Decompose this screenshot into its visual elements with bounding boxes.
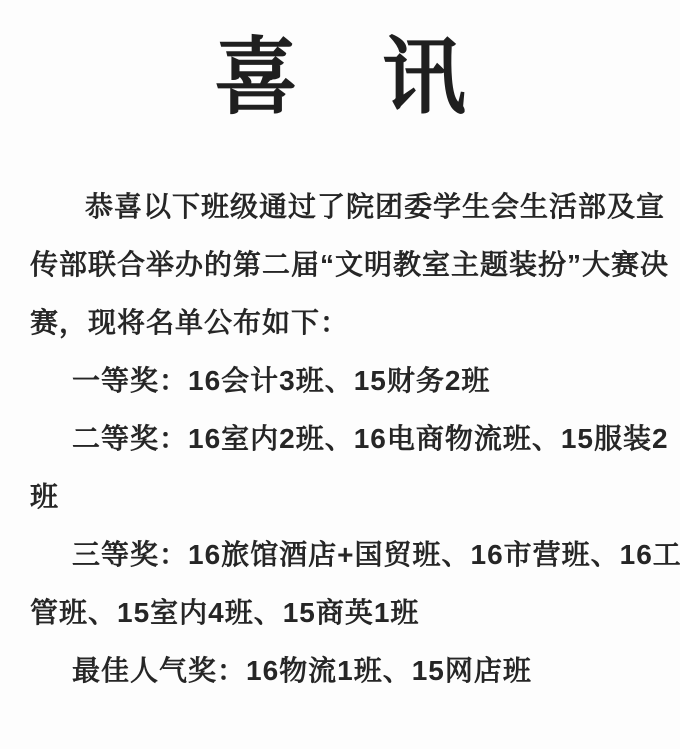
intro-line-1: 恭喜以下班级通过了院团委学生会生活部及宣 bbox=[30, 178, 660, 236]
intro-line-3: 赛，现将名单公布如下： bbox=[30, 294, 660, 352]
second-prize-line-1: 二等奖：16室内2班、16电商物流班、15服装2 bbox=[30, 410, 660, 468]
intro-line-2: 传部联合举办的第二届“文明教室主题装扮”大赛决 bbox=[30, 236, 660, 294]
popularity-award-line: 最佳人气奖：16物流1班、15网店班 bbox=[30, 642, 660, 700]
third-prize-line-1: 三等奖：16旅馆酒店+国贸班、16市营班、16工 bbox=[30, 526, 660, 584]
announcement-page: 喜 讯 恭喜以下班级通过了院团委学生会生活部及宣 传部联合举办的第二届“文明教室… bbox=[0, 0, 680, 749]
first-prize-line: 一等奖：16会计3班、15财务2班 bbox=[30, 352, 660, 410]
page-title: 喜 讯 bbox=[0, 22, 680, 132]
third-prize-line-2: 管班、15室内4班、15商英1班 bbox=[30, 584, 660, 642]
second-prize-line-2: 班 bbox=[30, 468, 660, 526]
announcement-body: 恭喜以下班级通过了院团委学生会生活部及宣 传部联合举办的第二届“文明教室主题装扮… bbox=[30, 178, 660, 700]
